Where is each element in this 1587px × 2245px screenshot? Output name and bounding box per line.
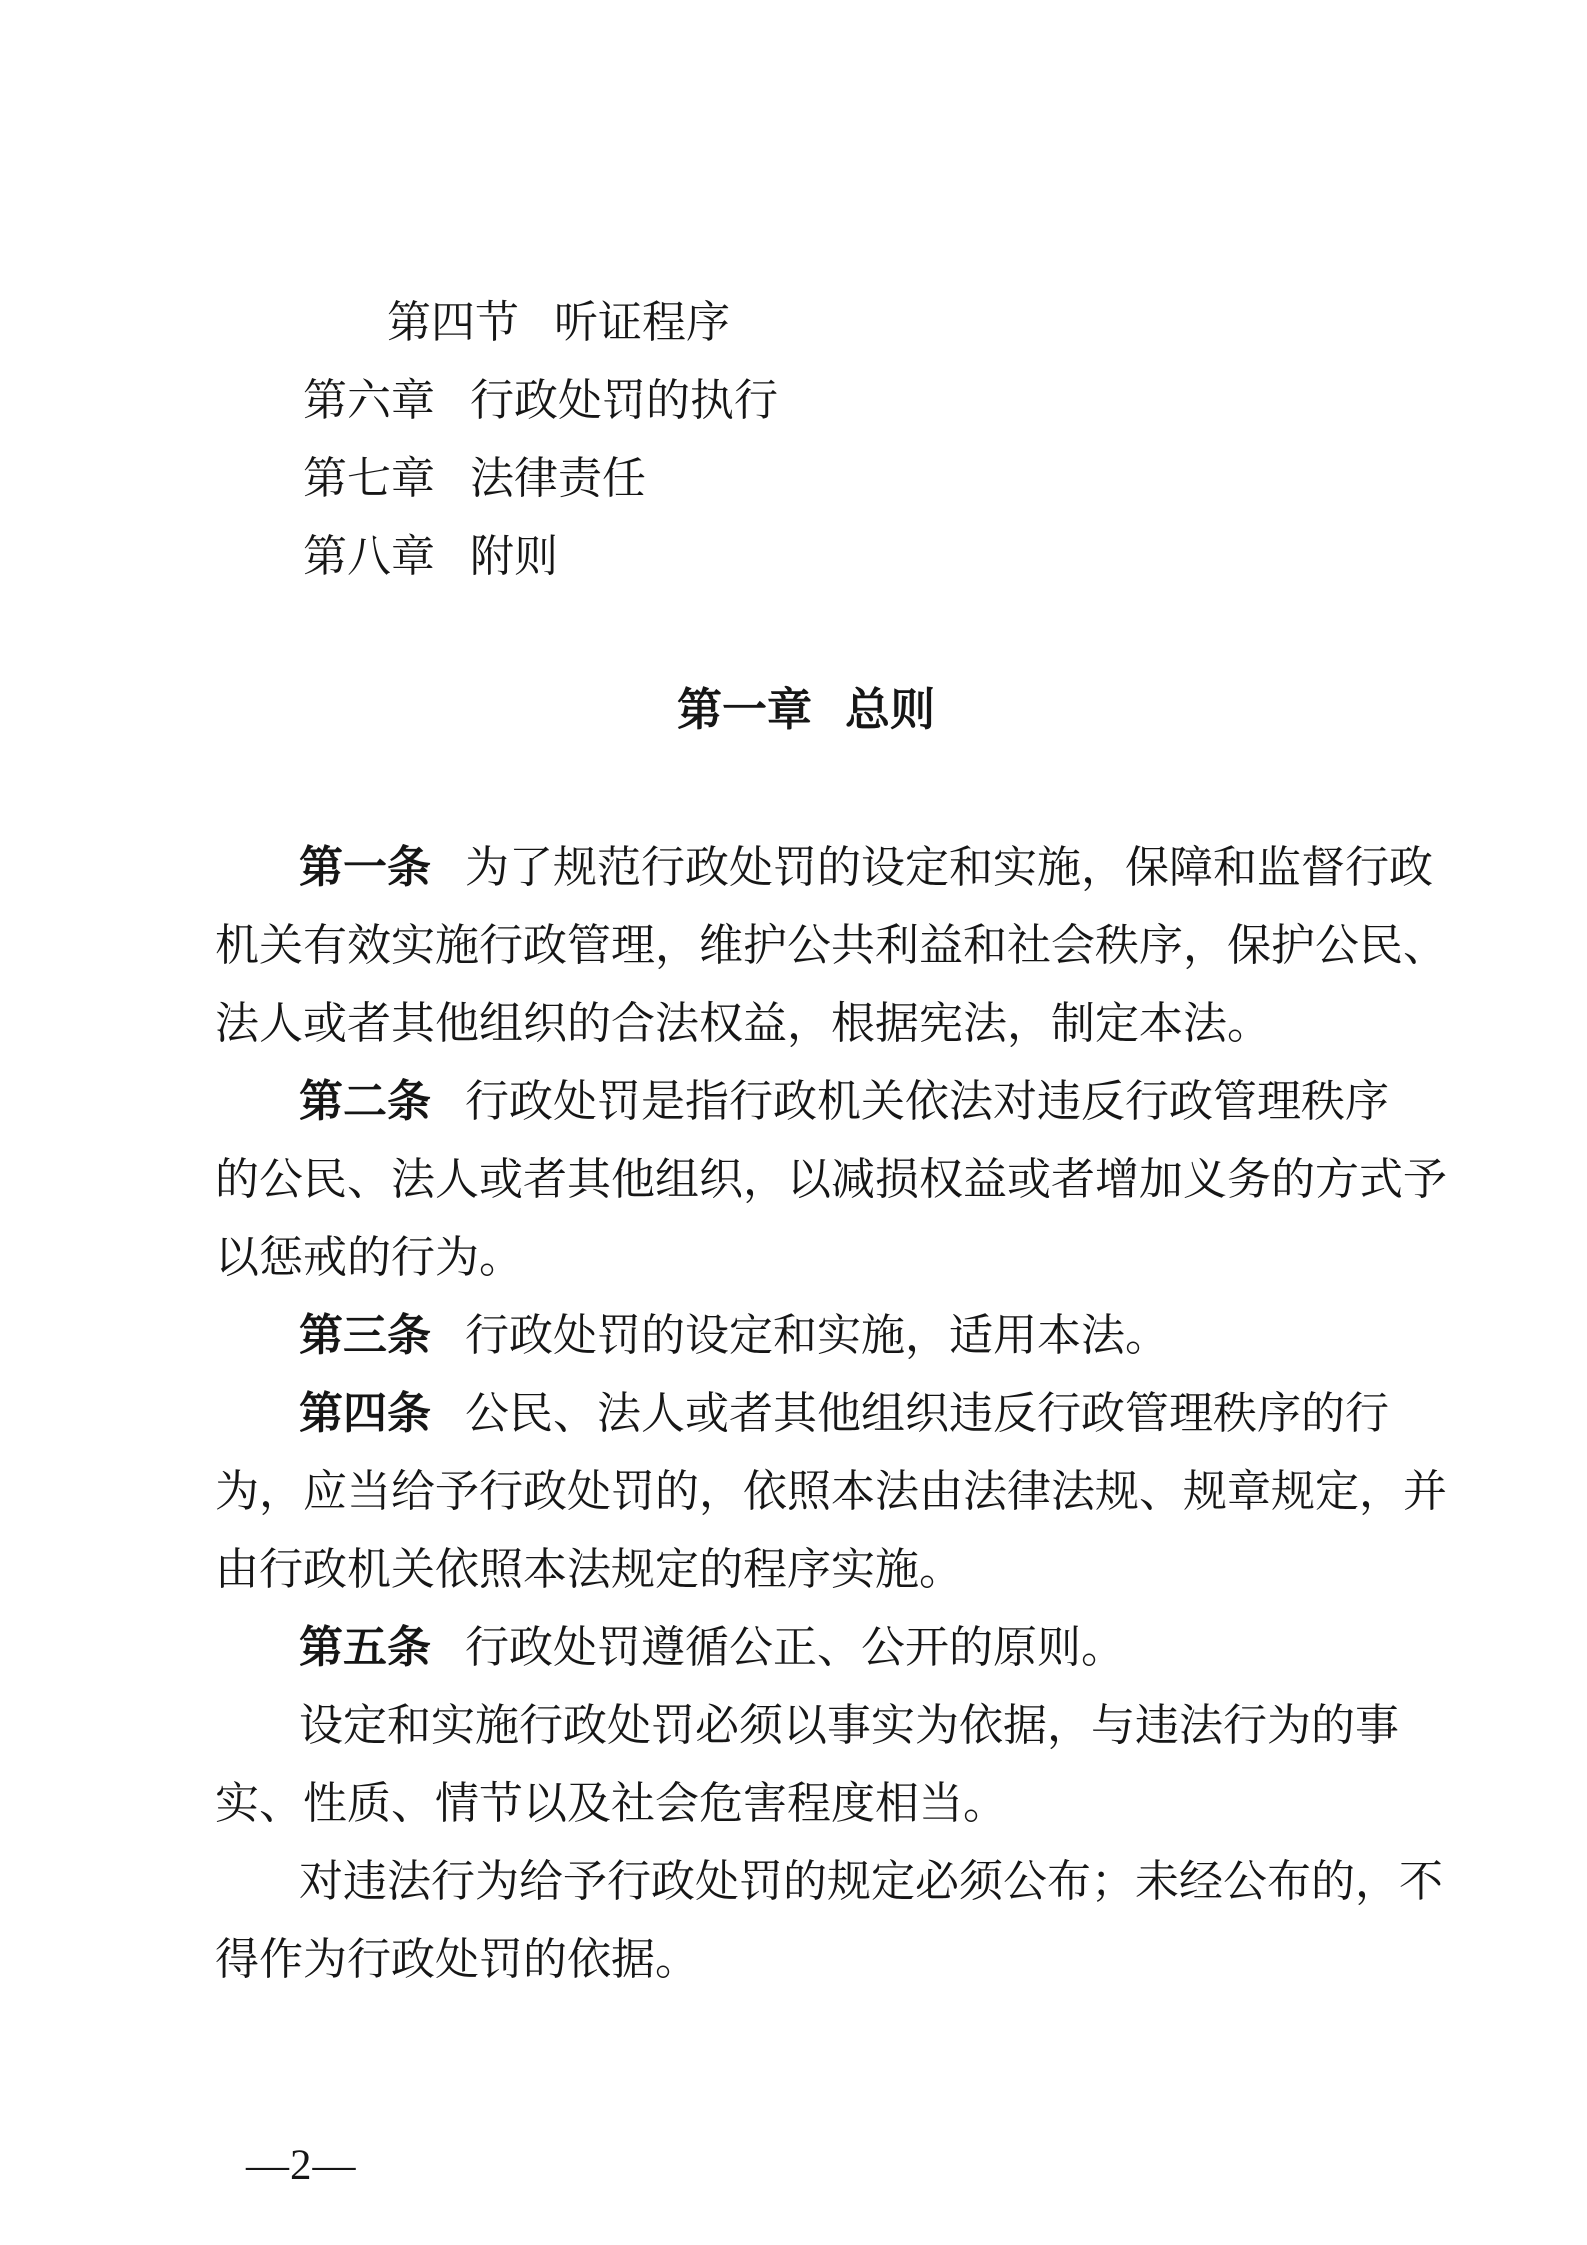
body-line: 对违法行为给予行政处罚的规定必须公布；未经公布的，不 xyxy=(215,1843,1475,1921)
body-line: 第四条公民、法人或者其他组织违反行政管理秩序的行 xyxy=(215,1375,1475,1453)
toc-entry-label: 第六章 xyxy=(303,376,435,425)
body-line: 得作为行政处罚的依据。 xyxy=(215,1921,1475,1999)
toc-entry-title: 附则 xyxy=(470,532,558,581)
article-number: 第三条 xyxy=(299,1311,431,1360)
article-number: 第一条 xyxy=(299,843,431,892)
document-page: 第四节听证程序 第六章行政处罚的执行 第七章法律责任 第八章附则 第一章总则 第… xyxy=(0,0,1587,2245)
body-line-text: 行政处罚的设定和实施，适用本法。 xyxy=(465,1311,1169,1360)
body-line: 法人或者其他组织的合法权益，根据宪法，制定本法。 xyxy=(215,985,1475,1063)
body-line-text: 行政处罚遵循公正、公开的原则。 xyxy=(465,1623,1125,1672)
toc-entry-title: 听证程序 xyxy=(554,298,730,347)
body-line: 第二条行政处罚是指行政机关依法对违反行政管理秩序 xyxy=(215,1063,1475,1141)
body-line-text: 对违法行为给予行政处罚的规定必须公布；未经公布的，不 xyxy=(299,1857,1443,1906)
article-number: 第四条 xyxy=(299,1389,431,1438)
body-line-text: 的公民、法人或者其他组织，以减损权益或者增加义务的方式予 xyxy=(215,1155,1447,1204)
article-number: 第五条 xyxy=(299,1623,431,1672)
toc-entry-label: 第八章 xyxy=(303,532,435,581)
body-line-text: 为了规范行政处罚的设定和实施，保障和监督行政 xyxy=(465,843,1433,892)
body-line: 第五条行政处罚遵循公正、公开的原则。 xyxy=(215,1609,1475,1687)
body-line-text: 机关有效实施行政管理，维护公共利益和社会秩序，保护公民、 xyxy=(215,921,1447,970)
body-line-text: 以惩戒的行为。 xyxy=(215,1233,523,1282)
toc-entry-chapter-7: 第七章法律责任 xyxy=(303,440,1475,518)
body-line-text: 实、性质、情节以及社会危害程度相当。 xyxy=(215,1779,1007,1828)
body-text: 第一条为了规范行政处罚的设定和实施，保障和监督行政 机关有效实施行政管理，维护公… xyxy=(215,829,1475,1999)
table-of-contents: 第四节听证程序 第六章行政处罚的执行 第七章法律责任 第八章附则 xyxy=(215,284,1475,596)
body-line: 为，应当给予行政处罚的，依照本法由法律法规、规章规定，并 xyxy=(215,1453,1475,1531)
body-line: 实、性质、情节以及社会危害程度相当。 xyxy=(215,1765,1475,1843)
chapter-heading: 第一章总则 xyxy=(677,671,1475,749)
toc-entry-label: 第四节 xyxy=(387,298,519,347)
body-line: 第三条行政处罚的设定和实施，适用本法。 xyxy=(215,1297,1475,1375)
body-line-text: 为，应当给予行政处罚的，依照本法由法律法规、规章规定，并 xyxy=(215,1467,1447,1516)
body-line-text: 公民、法人或者其他组织违反行政管理秩序的行 xyxy=(465,1389,1389,1438)
page-number: —2— xyxy=(246,2141,357,2190)
toc-entry-chapter-6: 第六章行政处罚的执行 xyxy=(303,362,1475,440)
body-line: 设定和实施行政处罚必须以事实为依据，与违法行为的事 xyxy=(215,1687,1475,1765)
body-line: 第一条为了规范行政处罚的设定和实施，保障和监督行政 xyxy=(215,829,1475,907)
chapter-title: 总则 xyxy=(845,684,935,735)
article-number: 第二条 xyxy=(299,1077,431,1126)
body-line-text: 法人或者其他组织的合法权益，根据宪法，制定本法。 xyxy=(215,999,1271,1048)
toc-entry-title: 行政处罚的执行 xyxy=(470,376,778,425)
page-content: 第四节听证程序 第六章行政处罚的执行 第七章法律责任 第八章附则 第一章总则 第… xyxy=(0,0,1475,1999)
toc-entry-chapter-8: 第八章附则 xyxy=(303,518,1475,596)
body-line-text: 设定和实施行政处罚必须以事实为依据，与违法行为的事 xyxy=(299,1701,1399,1750)
body-line-text: 由行政机关依照本法规定的程序实施。 xyxy=(215,1545,963,1594)
body-line: 机关有效实施行政管理，维护公共利益和社会秩序，保护公民、 xyxy=(215,907,1475,985)
body-line-text: 行政处罚是指行政机关依法对违反行政管理秩序 xyxy=(465,1077,1389,1126)
toc-entry-title: 法律责任 xyxy=(470,454,646,503)
body-line: 的公民、法人或者其他组织，以减损权益或者增加义务的方式予 xyxy=(215,1141,1475,1219)
body-line: 以惩戒的行为。 xyxy=(215,1219,1475,1297)
chapter-number: 第一章 xyxy=(677,684,812,735)
body-line-text: 得作为行政处罚的依据。 xyxy=(215,1935,699,1984)
toc-entry-section-4: 第四节听证程序 xyxy=(303,284,1475,362)
toc-entry-label: 第七章 xyxy=(303,454,435,503)
body-line: 由行政机关依照本法规定的程序实施。 xyxy=(215,1531,1475,1609)
